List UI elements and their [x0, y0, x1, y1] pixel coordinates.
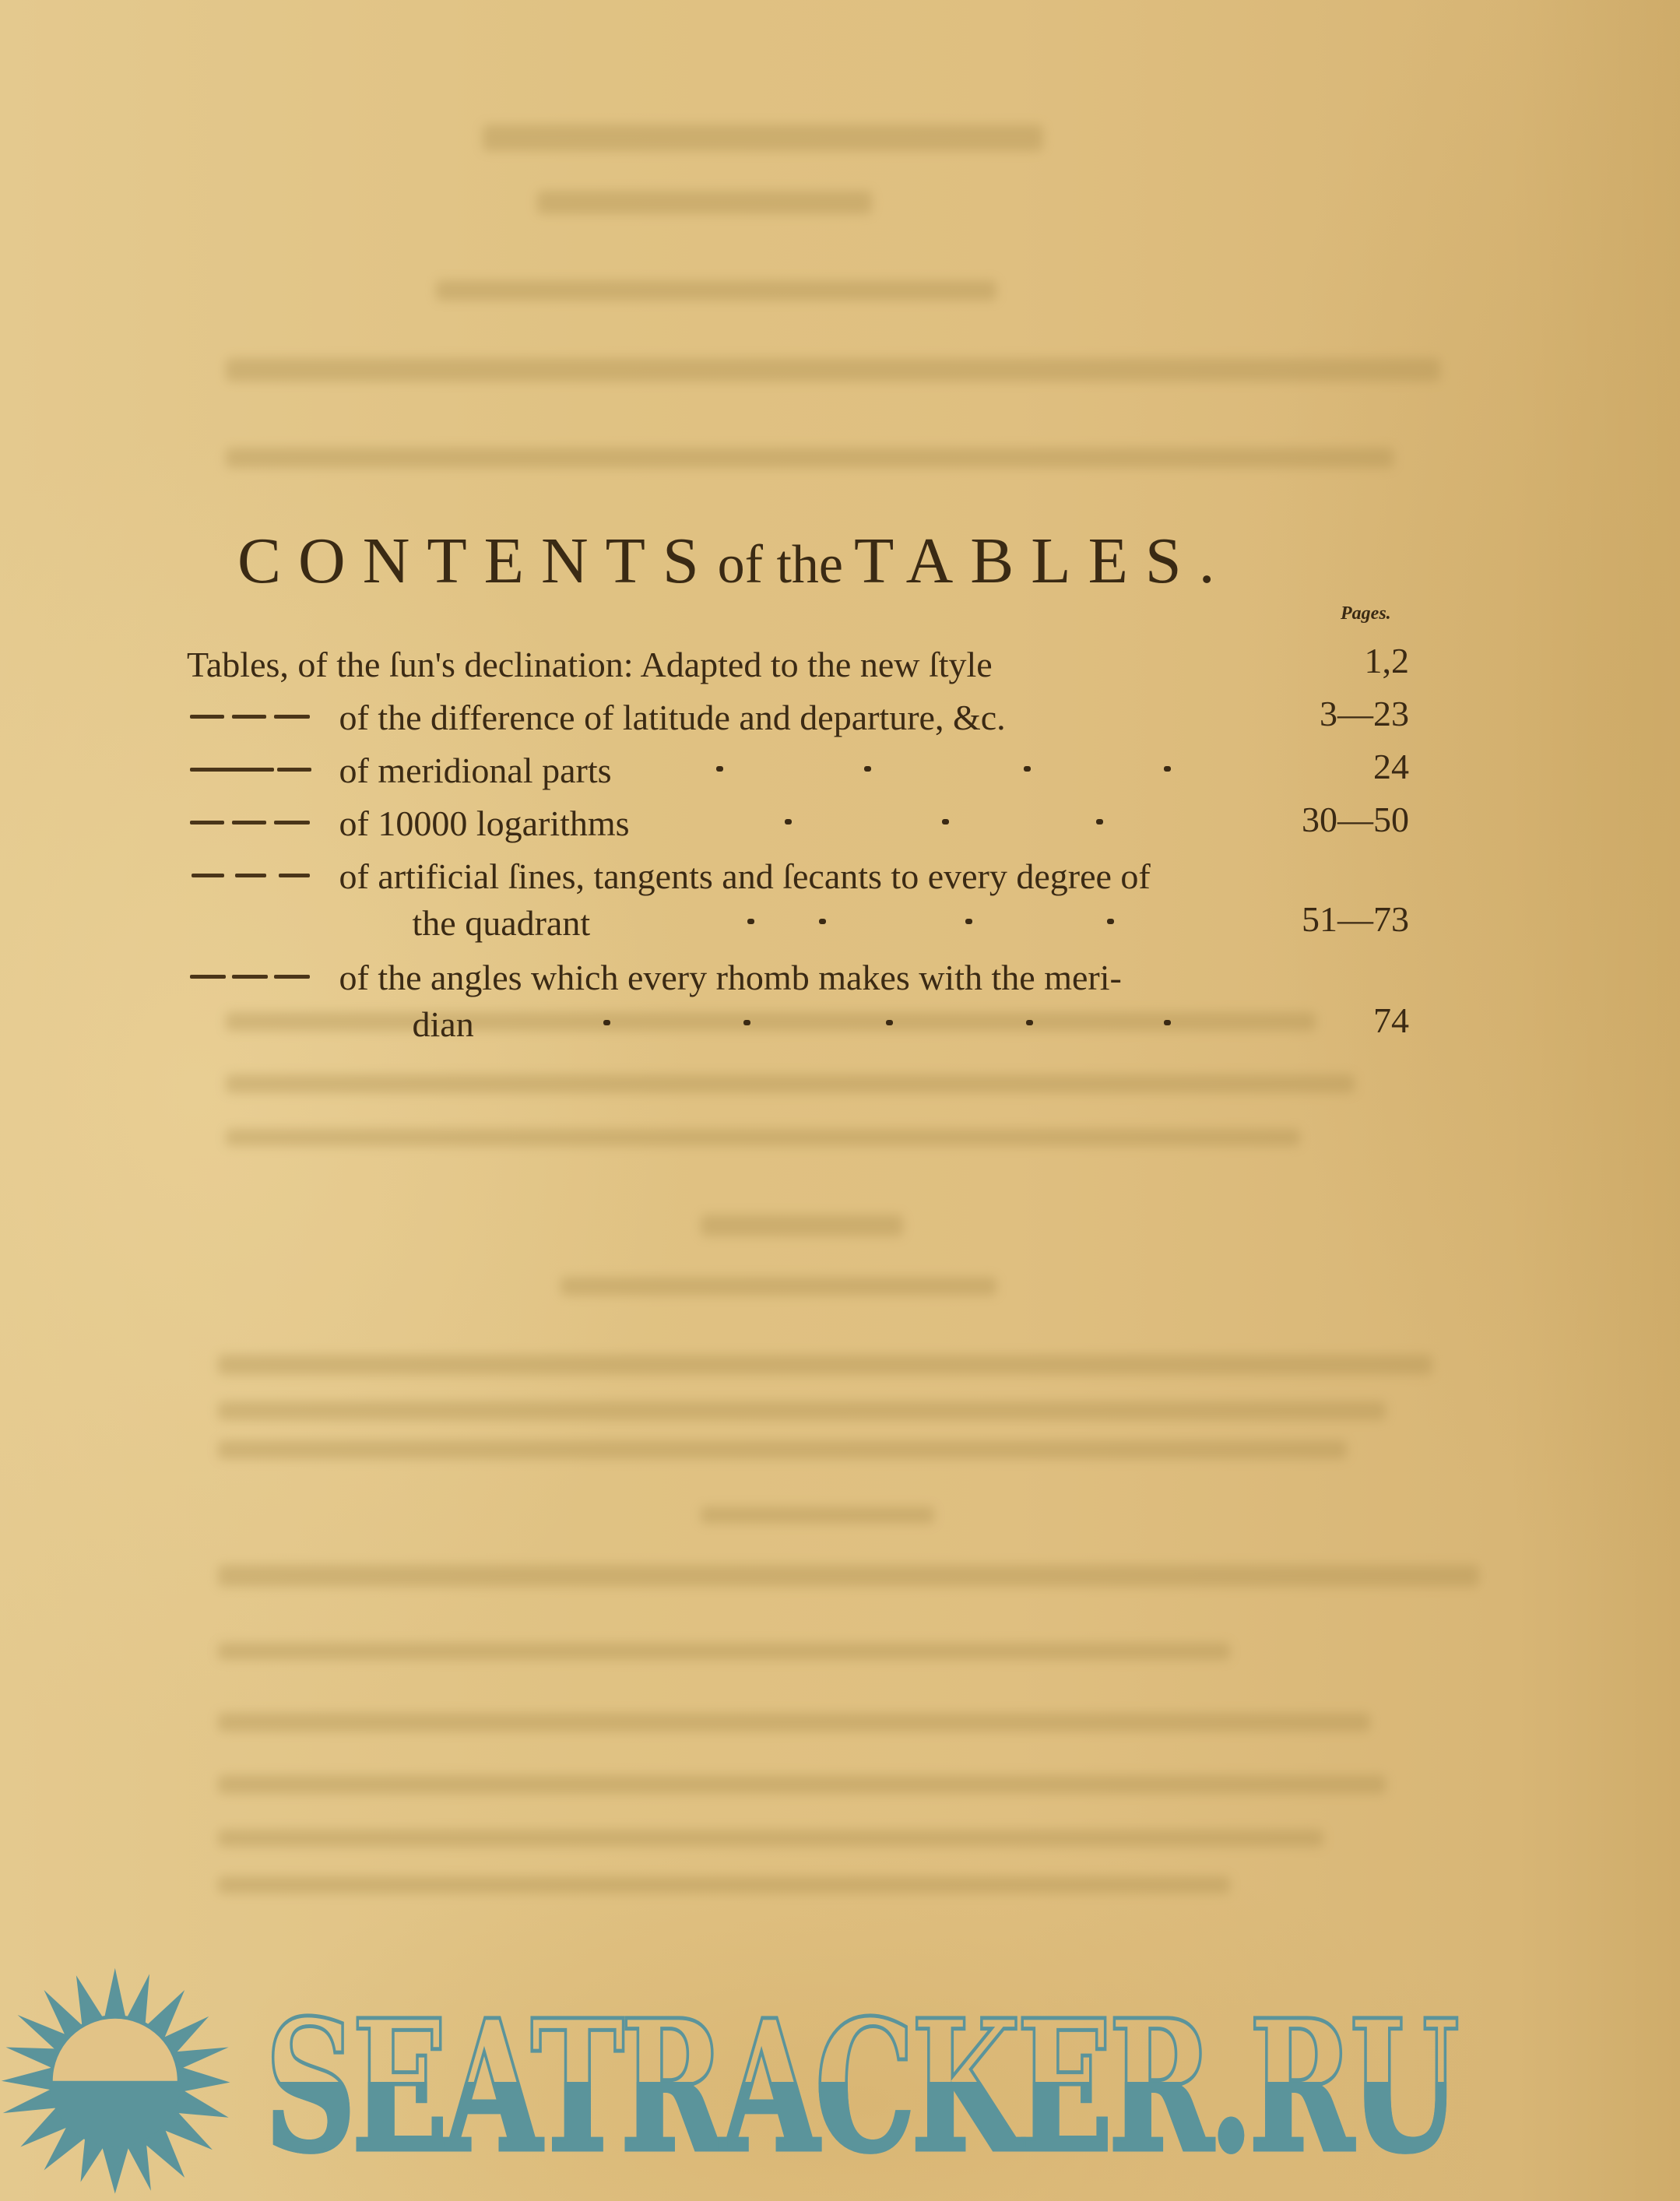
- entry-continuation: the quadrant: [413, 902, 591, 944]
- ditto-dash: [187, 872, 311, 880]
- entry-pages: 30—50: [1302, 799, 1409, 840]
- entry-text: of artificial ſines, tangents and ſecant…: [339, 856, 1151, 897]
- entry-pages: 1,2: [1365, 640, 1410, 681]
- toc-entry: of meridional parts 24: [187, 746, 1409, 793]
- toc-entry: Tables, of the ſun's declination: Adapte…: [187, 640, 1409, 687]
- entry-pages: 51—73: [1302, 898, 1409, 940]
- contents-page: CONTENTSof theTABLES. Pages. Tables, of …: [0, 0, 1680, 2201]
- title-contents: CONTENTS: [237, 525, 716, 597]
- toc-entry-continuation: the quadrant 51—73: [187, 898, 1409, 945]
- ditto-dash: [187, 819, 311, 827]
- entry-text: of the ſun's declination: Adapted to the…: [297, 644, 992, 685]
- entry-pages: 24: [1373, 746, 1409, 787]
- entry-lead: Tables,: [187, 644, 289, 685]
- ditto-dash: [187, 713, 311, 721]
- watermark-text: SEATRACKER.RU: [265, 2009, 1455, 2164]
- sun-over-sea-icon: [0, 1954, 249, 2201]
- title-of-the: of the: [718, 535, 843, 595]
- toc-entry: of artificial ſines, tangents and ſecant…: [187, 852, 1409, 898]
- leader-dots: [187, 1000, 1409, 1046]
- entry-text: of the angles which every rhomb makes wi…: [339, 957, 1122, 998]
- title-tables: TABLES.: [854, 525, 1232, 597]
- entry-text: of the difference of latitude and depart…: [339, 697, 1006, 738]
- leader-dots: [187, 898, 1409, 945]
- entry-continuation: dian: [413, 1004, 474, 1045]
- page-title: CONTENTSof theTABLES.: [237, 523, 1232, 599]
- toc-entry: of the difference of latitude and depart…: [187, 693, 1409, 740]
- pages-column-header: Pages.: [1341, 603, 1391, 624]
- entry-text: of 10000 logarithms: [339, 803, 630, 844]
- entry-text: of meridional parts: [339, 750, 612, 791]
- toc-entry: of the angles which every rhomb makes wi…: [187, 953, 1409, 1000]
- ditto-dash: [187, 766, 311, 774]
- entry-pages: 74: [1373, 1000, 1409, 1041]
- ditto-dash: [187, 973, 311, 981]
- entry-pages: 3—23: [1320, 693, 1409, 734]
- toc-entry: of 10000 logarithms 30—50: [187, 799, 1409, 846]
- site-watermark: SEATRACKER.RU: [0, 1954, 1680, 2201]
- toc-entry-continuation: dian 74: [187, 1000, 1409, 1046]
